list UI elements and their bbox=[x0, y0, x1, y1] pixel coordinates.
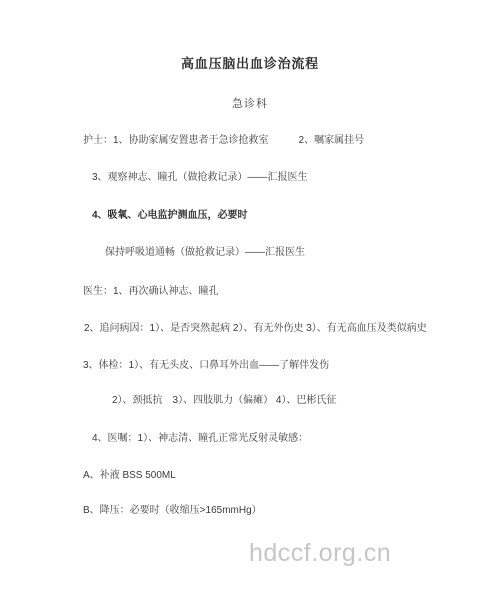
document-page: 高血压脑出血诊治流程 急诊科 护士：1、协助家属安置患者于急诊抢救室 2、嘱家属… bbox=[0, 0, 500, 594]
doc-line-order-bp: B、降压：必要时（收缩压>165mmHg） bbox=[83, 504, 262, 518]
doc-subtitle: 急诊科 bbox=[0, 95, 500, 111]
doc-line-airway-report: 保持呼吸道通畅（做抢救记录）——汇报医生 bbox=[105, 246, 305, 260]
doc-line-oxygen-monitor: 4、吸氧、心电监护测血压，必要时 bbox=[92, 209, 248, 223]
doc-line-nurse-steps: 护士：1、协助家属安置患者于急诊抢救室 2、嘱家属挂号 bbox=[83, 134, 364, 148]
doc-title: 高血压脑出血诊治流程 bbox=[0, 53, 500, 72]
doc-line-physical-exam-1: 3、体检：1）、有无头皮、口鼻耳外出血——了解伴发伤 bbox=[83, 359, 329, 373]
doc-line-doctor-confirm: 医生：1、再次确认神志、瞳孔 bbox=[83, 285, 219, 299]
doc-line-observe-report: 3、观察神志、瞳孔（做抢救记录）——汇报医生 bbox=[92, 171, 308, 185]
doc-line-inquire-cause: 2、追问病因：1）、是否突然起病 2）、有无外伤史 3）、有无高血压及类似病史 bbox=[84, 322, 427, 336]
doc-line-order-fluid: A、补液 BSS 500ML bbox=[83, 469, 176, 483]
watermark-text: hdccf.org.cn bbox=[249, 539, 391, 568]
doc-line-physical-exam-2: 2）、颈抵抗 3）、四肢肌力（偏瘫） 4）、巴彬氏征 bbox=[112, 394, 336, 408]
doc-line-medical-orders: 4、医嘱：1）、神志清、瞳孔正常光反射灵敏感： bbox=[92, 432, 308, 446]
